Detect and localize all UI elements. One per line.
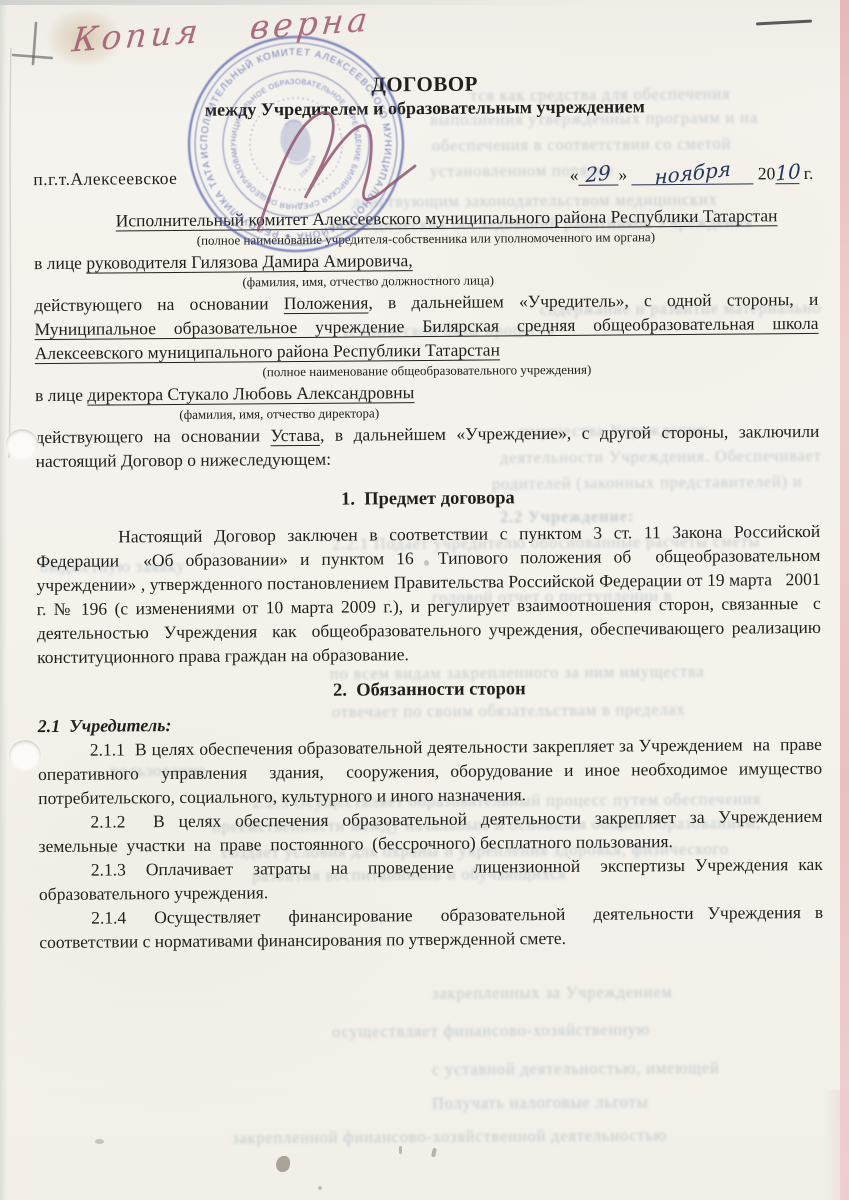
section-1-heading: 1. Предмет договора [36,484,820,514]
institution-basis-document: Устава [270,425,320,445]
dirt-speck [399,1146,402,1154]
basis-document: Положения [284,292,369,313]
section-1-body: Настоящий Договор заключен в соответстви… [36,519,821,669]
year-value: 10 [775,161,800,184]
bleed-through-text: с уставной деятельностью, имеющей [432,1057,720,1080]
obligation-item: 2.1.3 Оплачивает затраты на проведение л… [39,852,823,906]
basis-middle: , в дальнейшем «Учредитель», с одной сто… [368,289,818,313]
bleed-through-text: закрепленной финансово-хозяйственной дея… [232,1124,667,1148]
year-suffix: г. [799,163,813,183]
obligation-item: 2.1.4 Осуществляет финансирование образо… [39,900,823,954]
signature-handwriting [243,90,433,240]
school-name: Муниципальное образовательное учреждение… [34,313,818,363]
bleed-through-text: осуществляет финансово-хозяйственную [332,1019,650,1042]
dirt-speck [276,1156,290,1172]
director-line: в лице директора Стукало Любовь Александ… [35,377,819,407]
open-quote: « [570,165,579,185]
month-value: ноября [654,159,730,188]
obligation-item: 2.1.1 В целях обеспечения образовательно… [38,732,823,810]
dirt-speck [424,560,429,566]
scanned-page: тся как средства для обеспечения выполне… [0,0,849,1200]
basis-prefix: действующего на основании [34,293,284,315]
scan-corner-pink [825,1090,849,1200]
close-quote: » [618,164,627,184]
ink-mark [756,20,812,26]
pencil-margin-line [2,48,18,458]
founder-basis-line: действующего на основании Положения, в д… [34,287,819,365]
scan-edge-right-pink [840,0,849,1200]
dirt-speck [431,1148,437,1158]
dirt-speck [95,1139,104,1144]
hole-punch [6,429,38,459]
representative-prefix: в лице [34,253,86,273]
director-name: директора Стукало Любовь Александровны [87,382,414,405]
year-prefix: 20 [758,163,776,183]
obligation-item: 2.1.2 В целях обеспечения образовательно… [38,804,822,858]
institution-basis-prefix: действующего на основании [35,425,270,447]
director-prefix: в лице [35,385,87,405]
place-label: п.г.т.Алексеевское [33,166,177,191]
dirt-speck [427,842,432,847]
dirt-speck [318,1186,322,1190]
institution-basis-line: действующего на основании Устава, в даль… [35,419,819,473]
hole-punch [9,740,41,770]
bleed-through-text: закрепленных за Учреждением [432,981,673,1004]
date-line: «29» ноября 2010 г. [570,161,818,187]
section-2-heading: 2. Обязанности сторон [37,675,821,705]
day-value: 29 [586,162,611,185]
bleed-through-text: Получать налоговые льготы [432,1091,649,1114]
